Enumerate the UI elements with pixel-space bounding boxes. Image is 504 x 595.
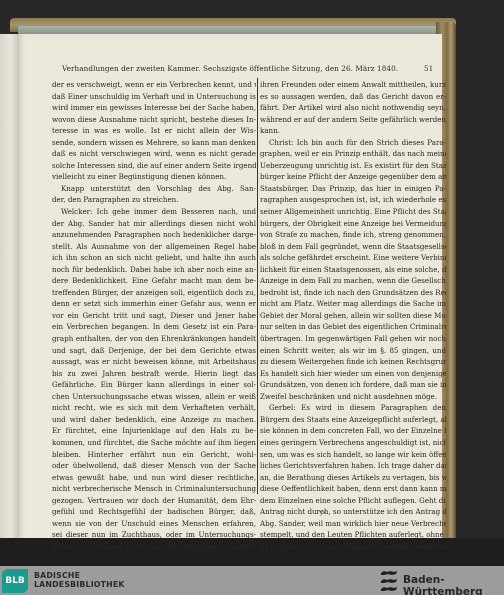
text-line: vielleicht zu einer Begünstigung dienen … bbox=[52, 171, 256, 183]
text-line: arrest, sie dieses nicht in sich begrabe… bbox=[52, 541, 256, 553]
text-line: sie können in dem concreten Fall, wo der… bbox=[260, 425, 446, 437]
text-line: Abg. Sander, weil man wirklich hier neue… bbox=[260, 518, 446, 530]
text-line: daß Einer unschuldig im Verhaft und in U… bbox=[52, 91, 256, 103]
text-line: Zweifel beschränken und nicht ausdehnen … bbox=[260, 391, 446, 403]
text-line: Staatsbürger. Das Prinzip, das hier in e… bbox=[260, 183, 446, 195]
text-line: seiner Allgemeinheit unrichtig. Eine Pfl… bbox=[260, 206, 446, 218]
text-line: Ueberzeugung unrichtig ist. Es existirt … bbox=[260, 160, 446, 172]
text-line: Christ: Ich bin auch für den Strich dies… bbox=[260, 137, 446, 149]
text-line: Gerbel: Es wird in diesem Paragraphen de… bbox=[260, 402, 446, 414]
text-line: dem Einzelnen eine solche Pflicht aufleg… bbox=[260, 495, 446, 507]
text-line: der, den Paragraphen zu streichen. bbox=[52, 194, 256, 206]
text-line: daß es nicht verschwiegen wird, wenn es … bbox=[52, 148, 256, 160]
text-line: ich ihn schon an sich nicht geliebt, und… bbox=[52, 252, 256, 264]
footer-bar: BLB BADISCHE LANDESBIBLIOTHEK Baden-Würt… bbox=[0, 566, 504, 595]
text-line: lichkeit für einen Staatsgenossen, als e… bbox=[260, 264, 446, 276]
text-line: vor ein Gericht tritt und sagt, Dieser u… bbox=[52, 310, 256, 322]
text-line: und sagt, daß Derjenige, der bei dem Ger… bbox=[52, 345, 256, 357]
text-line: der Abg. Sander hat mir allerdings diese… bbox=[52, 218, 256, 230]
text-line: Gebiet der Moral gehen, allein wir sollt… bbox=[260, 310, 446, 322]
text-line: während er auf der andern Seite gefährli… bbox=[260, 114, 446, 126]
text-line: Knapp unterstützt den Vorschlag des Abg.… bbox=[52, 183, 256, 195]
text-line: es so aussagen werden, daß das Gericht d… bbox=[260, 91, 446, 103]
library-name-line1: BADISCHE bbox=[34, 571, 125, 580]
gutter-line bbox=[18, 34, 19, 542]
running-head: Verhandlungen der zweiten Kammer. Sechsz… bbox=[62, 64, 412, 76]
text-line: etwas gewußt habe, und nun wird dieser r… bbox=[52, 472, 256, 484]
text-line: bis zu zwei Jahren bestraft werde. Hieri… bbox=[52, 368, 256, 380]
facing-page-edge bbox=[0, 34, 18, 546]
text-line: ragraphen ausgesprochen ist, ist, ich wi… bbox=[260, 194, 446, 206]
text-line: nicht am Platz. Weiter mag allerdings di… bbox=[260, 298, 446, 310]
text-line: nur selten in das Gebiet des eigentliche… bbox=[260, 321, 446, 333]
text-line: und wird daher bedenklich, eine Anzeige … bbox=[52, 414, 256, 426]
text-line: anzunehmenden Paragraphen noch bedenklic… bbox=[52, 229, 256, 241]
text-line: zu diesem Weitergehen finde ich keinen R… bbox=[260, 356, 446, 368]
text-line: aussagt, was er nicht beweisen könne, mi… bbox=[52, 356, 256, 368]
text-line: teresse in was es wolle. Ist er nicht al… bbox=[52, 125, 256, 137]
text-line: fährt. Der Artikel wird also nicht nothw… bbox=[260, 102, 446, 114]
blb-logo-icon[interactable]: BLB bbox=[2, 569, 28, 593]
text-line: Er fürchtet, eine Injurienklage auf den … bbox=[52, 425, 256, 437]
text-line: bedroht ist, finde ich nach den Grundsät… bbox=[260, 287, 446, 299]
text-line: Gefährliche. Ein Bürger kann allerdings … bbox=[52, 379, 256, 391]
text-line: nicht recht, wie es sich mit dem Verhaft… bbox=[52, 402, 256, 414]
text-line: wovon diese Ausnahme nicht spricht, best… bbox=[52, 114, 256, 126]
column-divider bbox=[257, 78, 258, 494]
text-line: denn er setzt sich immerhin einer Gefahr… bbox=[52, 298, 256, 310]
text-line: nicht verbrecherische Mensch in Criminal… bbox=[52, 483, 256, 495]
text-line: sei dieser nun im Zuchthaus, oder im Unt… bbox=[52, 529, 256, 541]
page-number: 51 bbox=[424, 64, 433, 73]
text-line: stellt. Als Ausnahme von der allgemeinen… bbox=[52, 241, 256, 253]
text-line: diese Oeffentlichkeit haben, denn erst d… bbox=[260, 483, 446, 495]
state-name[interactable]: Baden-Württemberg bbox=[403, 574, 504, 595]
text-line: eines geringern Verbrechens angeschuldig… bbox=[260, 437, 446, 449]
text-line: gefühl und Rechtsgefühl der badischen Bü… bbox=[52, 506, 256, 518]
text-line: Bürgern des Staats eine Anzeigepflicht a… bbox=[260, 414, 446, 426]
text-line: solche Interessen sind, die auf einer an… bbox=[52, 160, 256, 172]
text-line: Antrag nicht durch, so unterstütze ich d… bbox=[260, 506, 446, 518]
text-line: es möglich ist, sie zu erfüllen. Im weit… bbox=[260, 541, 446, 553]
text-line: stempelt, und den Leuten Pflichten aufer… bbox=[260, 529, 446, 541]
text-line: gezogen. Vertrauen wir doch der Humanitä… bbox=[52, 495, 256, 507]
text-line: an, die Berathung dieses Artikels zu ver… bbox=[260, 472, 446, 484]
text-line: sende, sondern wissen es Mehrere, so kan… bbox=[52, 137, 256, 149]
text-line: Welcker: Ich gebe immer dem Besseren nac… bbox=[52, 206, 256, 218]
text-line: einen Schritt weiter, als wir im §. 85 g… bbox=[260, 345, 446, 357]
text-line: bleiben. Hinterher erfährt nun ein Geric… bbox=[52, 449, 256, 461]
library-name-line2: LANDESBIBLIOTHEK bbox=[34, 580, 125, 589]
text-line: liches Gerichtsverfahren haben. Ich trag… bbox=[260, 460, 446, 472]
text-line: kommen, und fürchtet, die Sache möchte a… bbox=[52, 437, 256, 449]
text-column-left: der es verschweigt, wenn er ein Verbrech… bbox=[52, 79, 256, 552]
text-line: von Strafe zu machen, finde ich, streng … bbox=[260, 229, 446, 241]
text-line: graph enthalten, der von den Ehrenkränku… bbox=[52, 333, 256, 345]
text-line: Grundsätzen, von denen ich fordere, daß … bbox=[260, 379, 446, 391]
text-line: als solche gefährdet erscheint. Eine wei… bbox=[260, 252, 446, 264]
text-line: oder übelwollend, daß dieser Mensch von … bbox=[52, 460, 256, 472]
running-head-title: Verhandlungen der zweiten Kammer. Sechsz… bbox=[62, 64, 398, 73]
text-line: bürgers, der Obrigkeit eine Anzeige bei … bbox=[260, 218, 446, 230]
text-line: ein Verbrechen begangen. In dem Gesetz i… bbox=[52, 321, 256, 333]
text-line: Anzeige in dem Fall zu machen, wenn die … bbox=[260, 275, 446, 287]
library-name[interactable]: BADISCHE LANDESBIBLIOTHEK bbox=[34, 571, 125, 589]
text-line: übertragen. Im gegenwärtigen Fall gehen … bbox=[260, 333, 446, 345]
text-line: bürger keine Pflicht der Anzeige gegenüb… bbox=[260, 171, 446, 183]
text-line: noch für bedenklich. Dabei habe ich aber… bbox=[52, 264, 256, 276]
text-line: bloß in dem Fall gegründet, wenn die Sta… bbox=[260, 241, 446, 253]
text-column-right: ihren Freunden oder einem Anwalt mitthei… bbox=[260, 79, 446, 552]
text-line: graphen, weil er ein Prinzip enthält, da… bbox=[260, 148, 446, 160]
text-line: Es handelt sich hier wieder um einen von… bbox=[260, 368, 446, 380]
three-lions-coat-of-arms-icon bbox=[378, 569, 400, 593]
text-line: kann. bbox=[260, 125, 446, 137]
text-line: treffenden Bürger, der anzeigen soll, ei… bbox=[52, 287, 256, 299]
text-line: wird immer ein gewisses Interesse bei de… bbox=[52, 102, 256, 114]
text-line: wenn sie von der Unschuld eines Menschen… bbox=[52, 518, 256, 530]
signature-mark: 7* bbox=[319, 510, 326, 518]
text-line: chen Untersuchungssache etwas wissen, al… bbox=[52, 391, 256, 403]
text-line: sen, um was es sich handelt, so lange wi… bbox=[260, 449, 446, 461]
scanned-book-image: Verhandlungen der zweiten Kammer. Sechsz… bbox=[0, 0, 504, 566]
text-line: ihren Freunden oder einem Anwalt mitthei… bbox=[260, 79, 446, 91]
text-line: dere Bedenklichkeit. Eine Gefahr macht m… bbox=[52, 275, 256, 287]
text-line: der es verschweigt, wenn er ein Verbrech… bbox=[52, 79, 256, 91]
